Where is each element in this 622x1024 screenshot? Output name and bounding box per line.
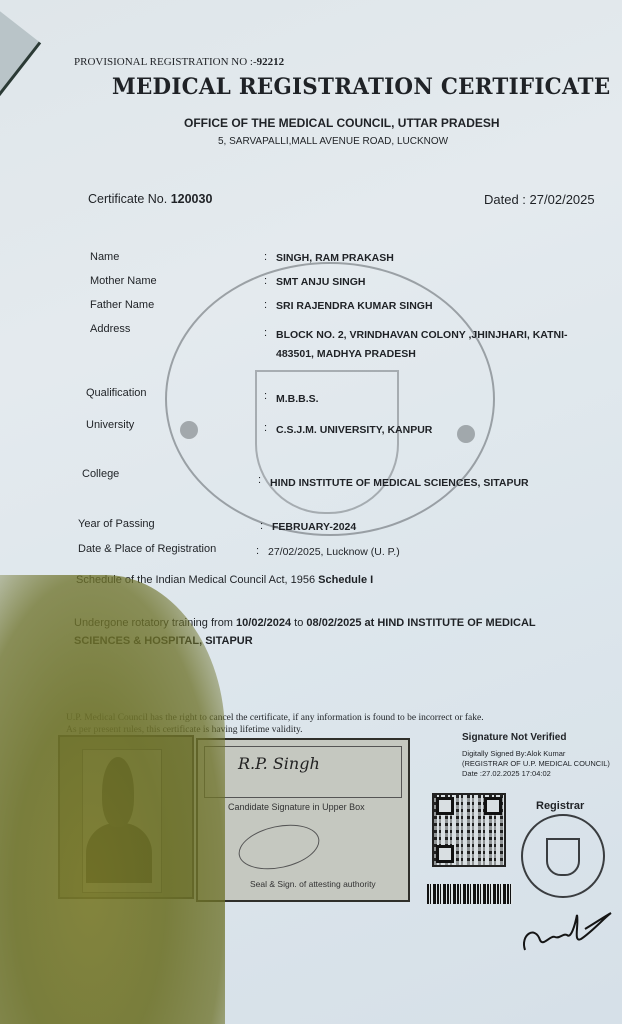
training-to-word: to [294, 617, 303, 629]
field-colon: : [258, 474, 261, 486]
certificate-date: Dated : 27/02/2025 [484, 192, 595, 207]
registrar-signature [515, 895, 615, 955]
office-name: OFFICE OF THE MEDICAL COUNCIL, UTTAR PRA… [184, 116, 500, 130]
candidate-signature-box: R.P. Singh Candidate Signature in Upper … [196, 738, 410, 902]
field-label-name: Name [90, 251, 119, 263]
barcode [427, 884, 513, 904]
field-colon: : [264, 275, 267, 287]
field-value-father-name: SRI RAJENDRA KUMAR SINGH [276, 300, 433, 312]
signature-status: Signature Not Verified [462, 732, 566, 743]
field-colon: : [264, 390, 267, 402]
field-value-college: HIND INSTITUTE OF MEDICAL SCIENCES, SITA… [270, 477, 529, 489]
provisional-number: 92212 [257, 56, 285, 68]
field-label-university: University [86, 419, 134, 431]
signature-caption: Candidate Signature in Upper Box [228, 802, 365, 812]
field-value-registration: 27/02/2025, Lucknow (U. P.) [268, 546, 400, 558]
field-value-address-line1: BLOCK NO. 2, VRINDHAVAN COLONY ,JHINJHAR… [276, 329, 568, 341]
certificate-number-label: Certificate No. [88, 192, 167, 206]
provisional-label: PROVISIONAL REGISTRATION NO :- [74, 56, 257, 68]
seal-shield-emblem [255, 370, 399, 514]
field-colon: : [260, 520, 263, 532]
field-value-university: C.S.J.M. UNIVERSITY, KANPUR [276, 424, 432, 436]
certificate-title: MEDICAL REGISTRATION CERTIFICATE [112, 74, 610, 100]
qr-corner-icon [436, 845, 454, 863]
certificate-number: Certificate No. 120030 [88, 192, 212, 206]
field-colon: : [256, 545, 259, 557]
dated-value: 27/02/2025 [530, 192, 595, 207]
dated-label: Dated : [484, 192, 526, 207]
seal-dot-right [457, 425, 475, 443]
field-label-year-of-passing: Year of Passing [78, 518, 155, 530]
registrar-label: Registrar [536, 800, 584, 812]
field-label-college: College [82, 468, 119, 480]
certificate-page: PROVISIONAL REGISTRATION NO :-92212 MEDI… [0, 0, 622, 1024]
field-colon: : [264, 422, 267, 434]
training-to-date: 08/02/2025 [306, 617, 361, 629]
field-colon: : [264, 299, 267, 311]
signed-by: Digitally Signed By:Alok Kumar [462, 749, 565, 758]
certificate-number-value: 120030 [171, 192, 213, 206]
candidate-signature: R.P. Singh [238, 754, 320, 773]
qr-corner-icon [436, 797, 454, 815]
field-value-mother-name: SMT ANJU SINGH [276, 276, 365, 288]
field-label-address: Address [90, 323, 130, 335]
field-value-qualification: M.B.B.S. [276, 393, 319, 405]
field-label-qualification: Qualification [86, 387, 147, 399]
qr-code [432, 793, 506, 867]
training-from-date: 10/02/2024 [236, 617, 291, 629]
office-address: 5, SARVAPALLI,MALL AVENUE ROAD, LUCKNOW [218, 136, 448, 147]
schedule-number: Schedule I [318, 574, 373, 586]
photo-shadow-overlay [0, 575, 225, 1024]
field-label-father-name: Father Name [90, 299, 154, 311]
registrar-seal-emblem-icon [546, 838, 580, 876]
attesting-stamp [235, 818, 324, 876]
field-value-name: SINGH, RAM PRAKASH [276, 252, 394, 264]
field-label-registration: Date & Place of Registration [78, 543, 216, 555]
seal-dot-left [180, 421, 198, 439]
field-colon: : [264, 327, 267, 339]
page-corner-fold [0, 0, 41, 138]
signer-role: (REGISTRAR OF U.P. MEDICAL COUNCIL) [462, 759, 610, 768]
field-value-year-of-passing: FEBRUARY-2024 [272, 521, 356, 533]
field-label-mother-name: Mother Name [90, 275, 157, 287]
field-value-address-line2: 483501, MADHYA PRADESH [276, 348, 416, 360]
provisional-registration: PROVISIONAL REGISTRATION NO :-92212 [74, 56, 284, 68]
qr-corner-icon [484, 797, 502, 815]
field-colon: : [264, 251, 267, 263]
signature-date: Date :27.02.2025 17:04:02 [462, 769, 551, 778]
attest-caption: Seal & Sign. of attesting authority [250, 879, 376, 889]
